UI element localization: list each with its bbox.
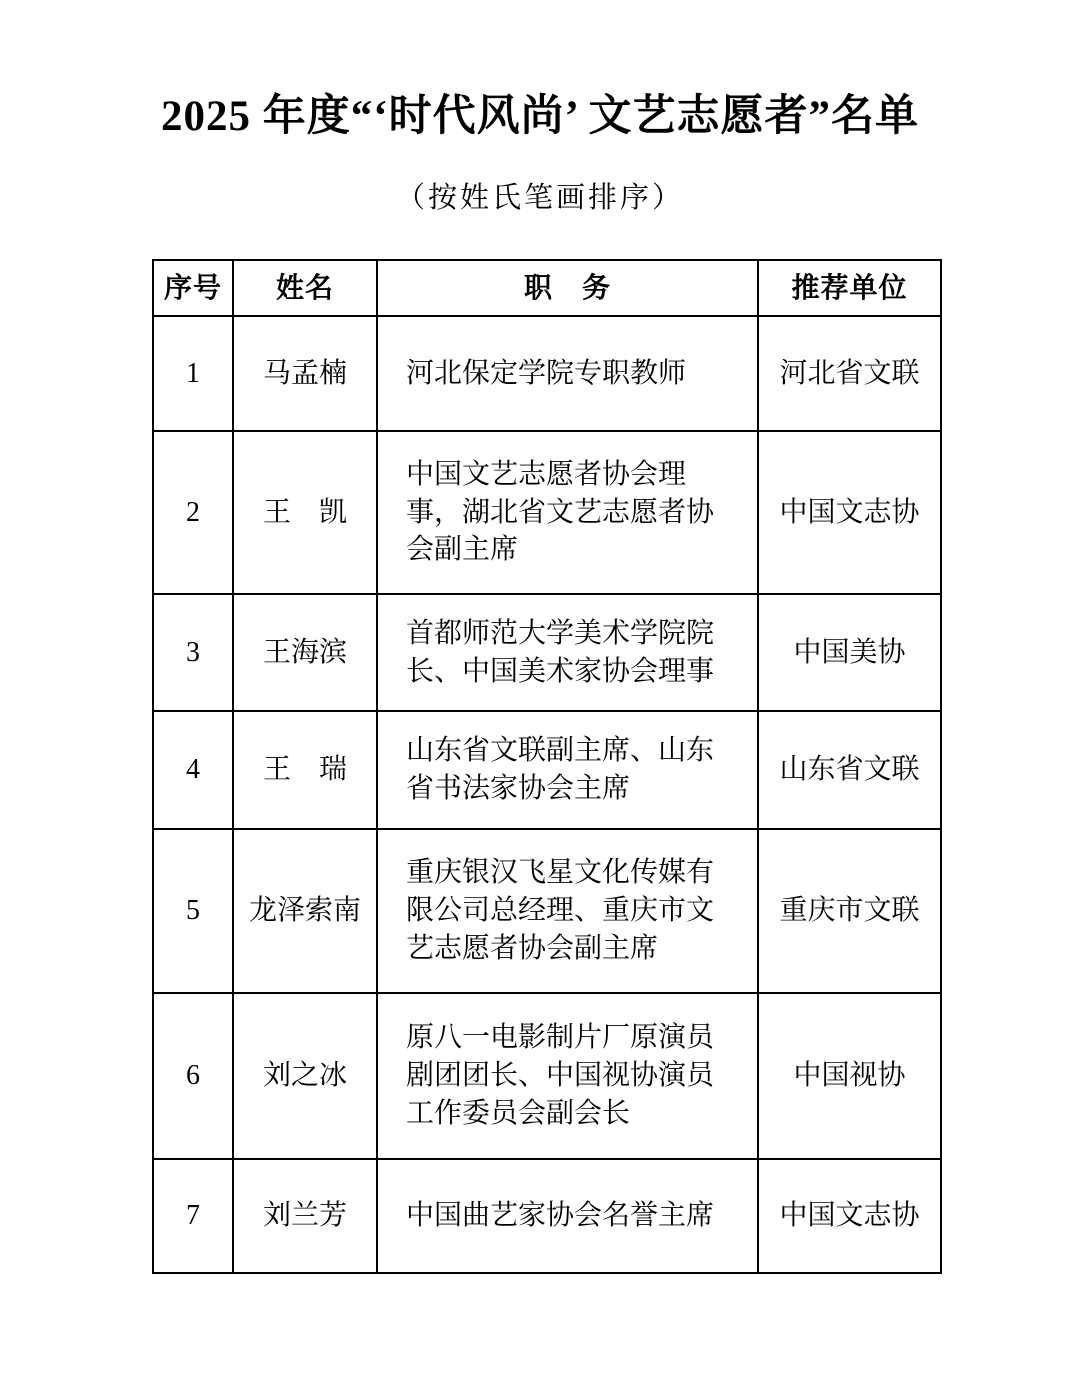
- cell-no: 5: [153, 829, 233, 993]
- table-row: 7刘兰芳中国曲艺家协会名誉主席中国文志协: [153, 1159, 941, 1273]
- cell-name: 刘之冰: [233, 993, 377, 1159]
- cell-no: 6: [153, 993, 233, 1159]
- cell-position: 河北保定学院专职教师: [377, 316, 758, 431]
- table-row: 5龙泽索南重庆银汉飞星文化传媒有限公司总经理、重庆市文艺志愿者协会副主席重庆市文…: [153, 829, 941, 993]
- column-header-unit: 推荐单位: [758, 260, 941, 316]
- cell-unit: 山东省文联: [758, 711, 941, 829]
- table-body: 1马孟楠河北保定学院专职教师河北省文联2王 凯中国文艺志愿者协会理事，湖北省文艺…: [153, 316, 941, 1273]
- cell-no: 2: [153, 431, 233, 594]
- table-header-row: 序号 姓名 职 务 推荐单位: [153, 260, 941, 316]
- cell-no: 7: [153, 1159, 233, 1273]
- cell-name: 马孟楠: [233, 316, 377, 431]
- cell-unit: 中国文志协: [758, 1159, 941, 1273]
- page-title: 2025 年度“‘时代风尚’ 文艺志愿者”名单: [0, 82, 1080, 143]
- volunteers-table: 序号 姓名 职 务 推荐单位 1马孟楠河北保定学院专职教师河北省文联2王 凯中国…: [152, 259, 942, 1274]
- cell-unit: 河北省文联: [758, 316, 941, 431]
- table-row: 4王 瑞山东省文联副主席、山东省书法家协会主席山东省文联: [153, 711, 941, 829]
- page-subtitle: （按姓氏笔画排序）: [0, 175, 1080, 216]
- cell-position: 中国曲艺家协会名誉主席: [377, 1159, 758, 1273]
- column-header-name: 姓名: [233, 260, 377, 316]
- cell-name: 王 瑞: [233, 711, 377, 829]
- cell-position: 原八一电影制片厂原演员剧团团长、中国视协演员工作委员会副会长: [377, 993, 758, 1159]
- cell-unit: 重庆市文联: [758, 829, 941, 993]
- cell-name: 龙泽索南: [233, 829, 377, 993]
- table-row: 6刘之冰原八一电影制片厂原演员剧团团长、中国视协演员工作委员会副会长中国视协: [153, 993, 941, 1159]
- cell-position: 山东省文联副主席、山东省书法家协会主席: [377, 711, 758, 829]
- column-header-position: 职 务: [377, 260, 758, 316]
- table-row: 2王 凯中国文艺志愿者协会理事，湖北省文艺志愿者协会副主席中国文志协: [153, 431, 941, 594]
- cell-no: 1: [153, 316, 233, 431]
- cell-name: 刘兰芳: [233, 1159, 377, 1273]
- cell-no: 4: [153, 711, 233, 829]
- cell-position: 首都师范大学美术学院院长、中国美术家协会理事: [377, 594, 758, 711]
- cell-unit: 中国视协: [758, 993, 941, 1159]
- cell-unit: 中国美协: [758, 594, 941, 711]
- cell-no: 3: [153, 594, 233, 711]
- cell-position: 重庆银汉飞星文化传媒有限公司总经理、重庆市文艺志愿者协会副主席: [377, 829, 758, 993]
- cell-position: 中国文艺志愿者协会理事，湖北省文艺志愿者协会副主席: [377, 431, 758, 594]
- cell-name: 王 凯: [233, 431, 377, 594]
- cell-unit: 中国文志协: [758, 431, 941, 594]
- table-row: 1马孟楠河北保定学院专职教师河北省文联: [153, 316, 941, 431]
- document-page: 2025 年度“‘时代风尚’ 文艺志愿者”名单 （按姓氏笔画排序） 序号 姓名 …: [0, 0, 1080, 1380]
- column-header-no: 序号: [153, 260, 233, 316]
- cell-name: 王海滨: [233, 594, 377, 711]
- table-row: 3王海滨首都师范大学美术学院院长、中国美术家协会理事中国美协: [153, 594, 941, 711]
